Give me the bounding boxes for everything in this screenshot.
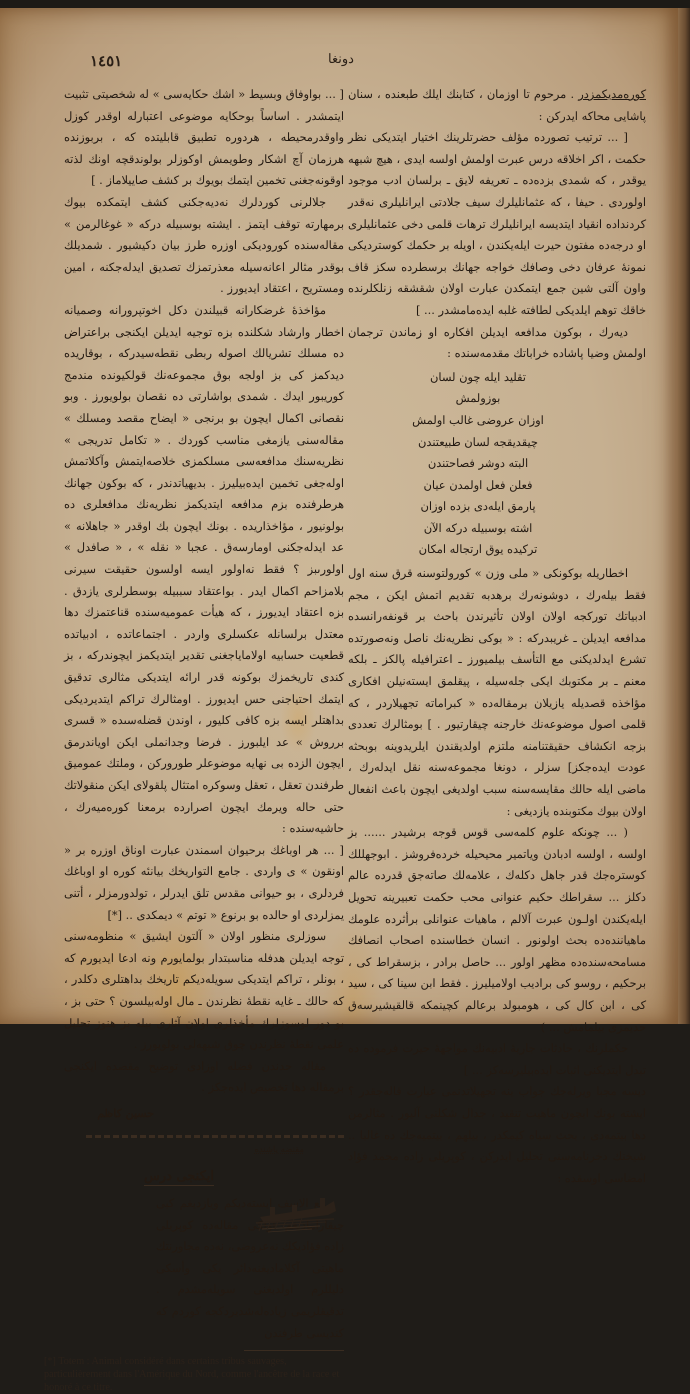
poem-line: اوزان عروضى غالب اولمش — [408, 410, 548, 432]
poem-line: چيقديقجه لسان طبيعتندن — [408, 432, 548, 454]
poem-line: تقليد ايله چون لسان بوزولمش — [408, 367, 548, 410]
poem-line: پارمق ايلەدى بزده اوزان — [408, 496, 548, 518]
paragraph: ديەرك ، بوكون مدافعه ايديلن افكاره او زم… — [348, 322, 646, 365]
poem-line: فعلن فعل اولمدن عيان — [408, 475, 548, 497]
book-spine-edge — [678, 8, 690, 1024]
running-header: ١٤٥١ دونغا — [60, 52, 660, 74]
poem-verse-block: تقليد ايله چون لسان بوزولمش اوزان عروضى … — [348, 367, 646, 561]
left-column: [ ... بواوفاق وبسيط « اشك حكايەسى » له ش… — [64, 84, 344, 1024]
quoted-paragraph: [ ... بواوفاق وبسيط « اشك حكايەسى » له ش… — [64, 84, 344, 192]
journal-title: دونغا — [328, 52, 354, 67]
quoted-paragraph: ( ... چونكه علوم كلمەسى قوس قوجه برشيدر … — [348, 822, 646, 1024]
paragraph: مؤاخذهٔ غرضكارانه قبيلندن دكل اخوتپروران… — [64, 300, 344, 840]
right-column: كورەمديكمزدر . مرحوم تا اوزمان ، كتابنك … — [348, 84, 646, 1024]
paragraph: جلالرنى كوردلرك نەديەجكنى كشف ايتمكدە بي… — [64, 192, 344, 300]
paragraph: كورەمديكمزدر . مرحوم تا اوزمان ، كتابنك … — [348, 84, 646, 127]
quoted-paragraph: [ ... ترتيب تصورده مؤلف حضرتلرينك اختيار… — [348, 127, 646, 321]
paragraph: اخطاريله بوكونكى « ملى وزن » كورولتوسنه … — [348, 563, 646, 822]
poem-line: اشته بوسبيله دركه الآن — [408, 518, 548, 540]
poem-line: البته دوشر فصاحتندن — [408, 453, 548, 475]
underlined-phrase: كورەمديكمزدر — [578, 87, 646, 101]
paragraph: سوزلرى منظور اولان « آلتون ايشيق » منظوم… — [64, 926, 344, 1024]
page-number: ١٤٥١ — [90, 52, 122, 70]
poem-line: تركيده يوق ارتجاله امكان — [408, 539, 548, 561]
document-page: ١٤٥١ دونغا كورەمديكمزدر . مرحوم تا اوزما… — [0, 8, 678, 1024]
quoted-paragraph: [ ... هر اوباغك برحيوان اسمندن عبارت اون… — [64, 840, 344, 926]
